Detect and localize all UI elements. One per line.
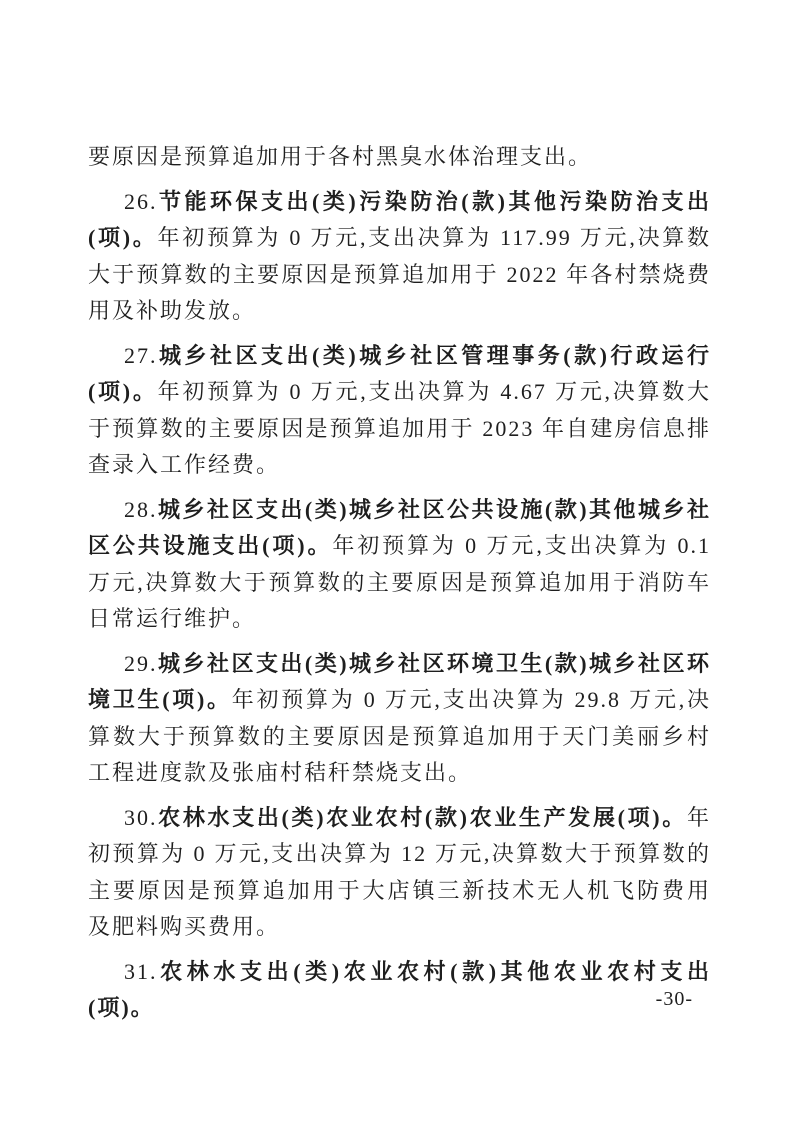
paragraph-heading: 农林水支出(类)农业农村(款)其他农业农村支出(项)。 [88,959,711,1021]
paragraph-item-31: 31.农林水支出(类)农业农村(款)其他农业农村支出(项)。 [88,954,711,1027]
document-content: 要原因是预算追加用于各村黑臭水体治理支出。 26.节能环保支出(类)污染防治(款… [88,139,711,1035]
paragraph-text: 年初预算为 0 万元,支出决算为 4.67 万元,决算数大于预算数的主要原因是预… [88,379,711,477]
paragraph-number: 31. [124,959,158,984]
document-page: 要原因是预算追加用于各村黑臭水体治理支出。 26.节能环保支出(类)污染防治(款… [0,0,793,1122]
paragraph-item-28: 28.城乡社区支出(类)城乡社区公共设施(款)其他城乡社区公共设施支出(项)。年… [88,492,711,638]
paragraph-item-26: 26.节能环保支出(类)污染防治(款)其他污染防治支出(项)。年初预算为 0 万… [88,184,711,330]
paragraph-text: 年初预算为 0 万元,支出决算为 117.99 万元,决算数大于预算数的主要原因… [88,225,711,323]
paragraph-text: 要原因是预算追加用于各村黑臭水体治理支出。 [88,144,592,169]
paragraph-continuation: 要原因是预算追加用于各村黑臭水体治理支出。 [88,139,711,176]
paragraph-item-27: 27.城乡社区支出(类)城乡社区管理事务(款)行政运行(项)。年初预算为 0 万… [88,338,711,484]
paragraph-number: 26. [124,189,158,214]
paragraph-number: 28. [124,497,158,522]
paragraph-item-29: 29.城乡社区支出(类)城乡社区环境卫生(款)城乡社区环境卫生(项)。年初预算为… [88,646,711,792]
paragraph-heading: 农林水支出(类)农业农村(款)农业生产发展(项)。 [158,805,687,830]
page-number: -30- [656,988,693,1011]
paragraph-item-30: 30.农林水支出(类)农业农村(款)农业生产发展(项)。年初预算为 0 万元,支… [88,800,711,946]
paragraph-number: 30. [124,805,158,830]
paragraph-number: 29. [124,651,158,676]
paragraph-number: 27. [124,343,158,368]
